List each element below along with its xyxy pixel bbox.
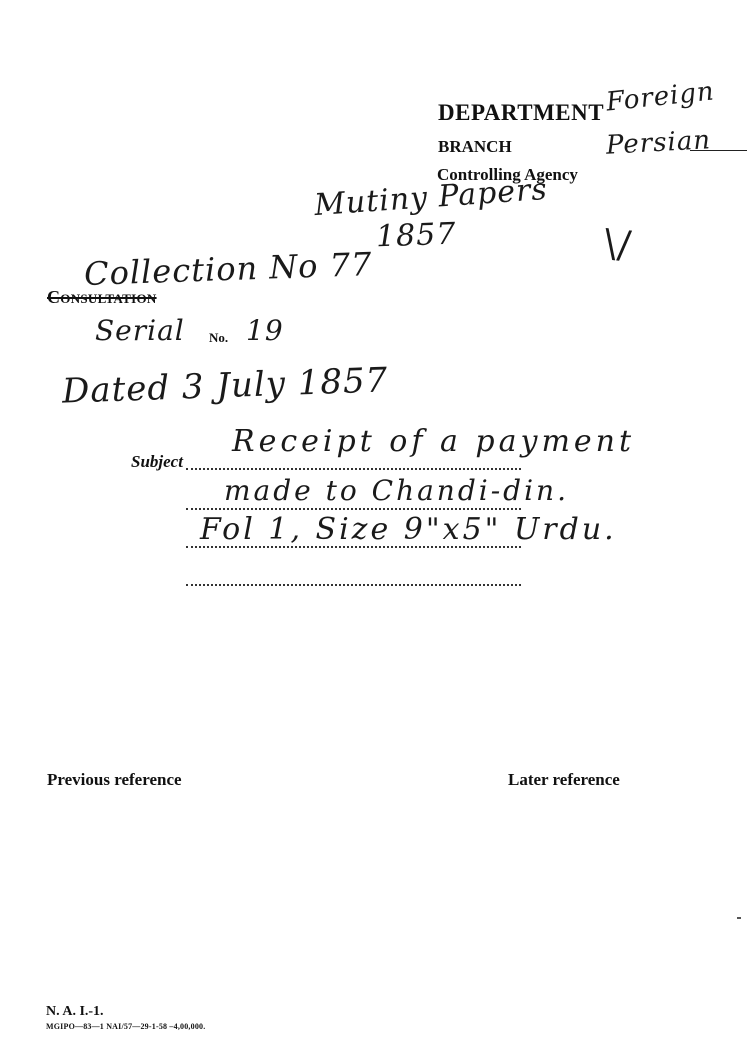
subject-handwritten-line: Receipt of a payment <box>232 424 635 459</box>
subject-dotted-line <box>186 508 521 510</box>
subject-handwritten-line: made to Chandi-din. <box>224 474 569 507</box>
controlling-agency-handwritten-value: Mutiny Papers <box>313 172 549 223</box>
serial-handwritten-label: Serial <box>95 314 185 347</box>
department-label: DEPARTMENT <box>438 100 604 126</box>
subject-label: Subject <box>131 452 183 472</box>
consultation-label-text: Consultation <box>47 287 157 307</box>
check-mark-icon: \/ <box>602 221 634 268</box>
form-id: N. A. I.-1. <box>46 1004 104 1020</box>
branch-label: BRANCH <box>438 137 512 157</box>
subject-handwritten-line: Fol 1, Size 9"x5" Urdu. <box>200 512 617 547</box>
dated-handwritten-value: Dated 3 July 1857 <box>61 360 388 411</box>
consultation-label: Consultation <box>47 287 157 308</box>
collection-handwritten-value: Collection No 77 <box>83 245 373 293</box>
previous-reference-label: Previous reference <box>47 770 182 790</box>
number-label: No. <box>209 330 228 346</box>
branch-underline <box>690 150 747 151</box>
subject-dotted-line <box>186 468 521 470</box>
print-imprint: MGIPO—83—1 NAI/57—29-1-58 –4,00,000. <box>46 1022 205 1031</box>
controlling-agency-handwritten-year: 1857 <box>375 217 457 255</box>
department-handwritten-value: Foreign <box>605 76 716 117</box>
scan-speck <box>737 917 741 919</box>
branch-handwritten-value: Persian <box>605 125 711 160</box>
later-reference-label: Later reference <box>508 770 620 790</box>
serial-number-handwritten-value: 19 <box>246 314 284 347</box>
subject-dotted-line <box>186 584 521 586</box>
